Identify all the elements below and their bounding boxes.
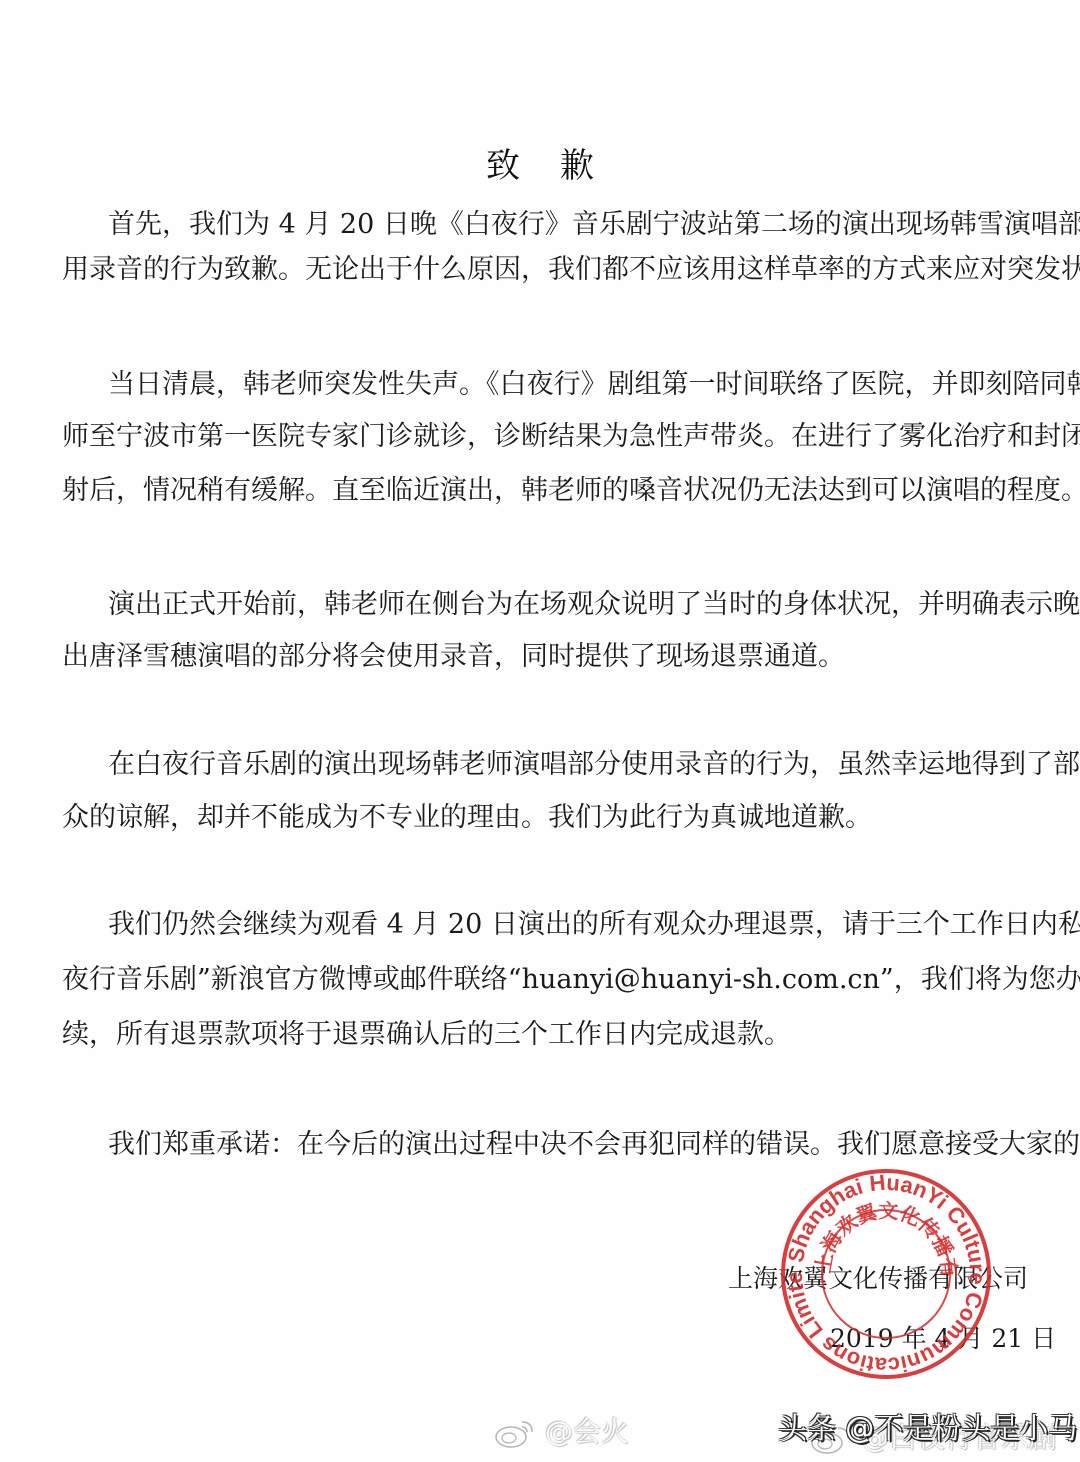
paragraph-6-line-1: 我们郑重承诺：在今后的演出过程中决不会再犯同样的错误。我们愿意接受大家的监督。 — [108, 1127, 1022, 1163]
letter-title: 致歉 — [0, 138, 1080, 187]
signature-company: 上海欢翼文化传播有限公司 — [728, 1263, 1028, 1295]
paragraph-4-line-2: 众的谅解，却并不能成为不专业的理由。我们为此行为真诚地道歉。 — [62, 800, 1022, 836]
signature-date: 2019 年 4 月 21 日 — [830, 1323, 1056, 1355]
paragraph-2-line-2: 师至宁波市第一医院专家门诊就诊，诊断结果为急性声带炎。在进行了雾化治疗和封闭针注 — [62, 419, 1022, 455]
paragraph-1-line-1: 首先，我们为 4 月 20 日晚《白夜行》音乐剧宁波站第二场的演出现场韩雪演唱部… — [108, 207, 1022, 243]
paragraph-3-line-1: 演出正式开始前，韩老师在侧台为在场观众说明了当时的身体状况，并明确表示晚场演 — [108, 587, 1022, 623]
paragraph-5-line-3: 续，所有退票款项将于退票确认后的三个工作日内完成退款。 — [62, 1017, 1022, 1053]
toutiao-watermark: 头条 @不是粉头是小马 — [778, 1408, 1077, 1448]
paragraph-1-line-2: 用录音的行为致歉。无论出于什么原因，我们都不应该用这样草率的方式来应对突发状况。 — [62, 252, 1022, 288]
paragraph-2-line-3: 射后，情况稍有缓解。直至临近演出，韩老师的嗓音状况仍无法达到可以演唱的程度。 — [62, 473, 1022, 509]
weibo-logo-icon — [494, 1416, 536, 1450]
paragraph-4-line-1: 在白夜行音乐剧的演出现场韩老师演唱部分使用录音的行为，虽然幸运地得到了部分观 — [108, 747, 1022, 783]
paragraph-5-line-2: 夜行音乐剧”新浪官方微博或邮件联络“huanyi@huanyi-sh.com.c… — [62, 962, 1022, 998]
scanned-letter-page: 致歉 首先，我们为 4 月 20 日晚《白夜行》音乐剧宁波站第二场的演出现场韩雪… — [0, 0, 1080, 1462]
paragraph-3-line-2: 出唐泽雪穗演唱的部分将会使用录音，同时提供了现场退票通道。 — [62, 639, 1022, 675]
weibo-watermark-left: @会火 — [494, 1412, 629, 1452]
paragraph-2-line-1: 当日清晨，韩老师突发性失声。《白夜行》剧组第一时间联络了医院，并即刻陪同韩老 — [108, 367, 1022, 403]
paragraph-5-line-1: 我们仍然会继续为观看 4 月 20 日演出的所有观众办理退票，请于三个工作日内私… — [108, 907, 1022, 943]
weibo-handle-left: @会火 — [545, 1415, 629, 1448]
